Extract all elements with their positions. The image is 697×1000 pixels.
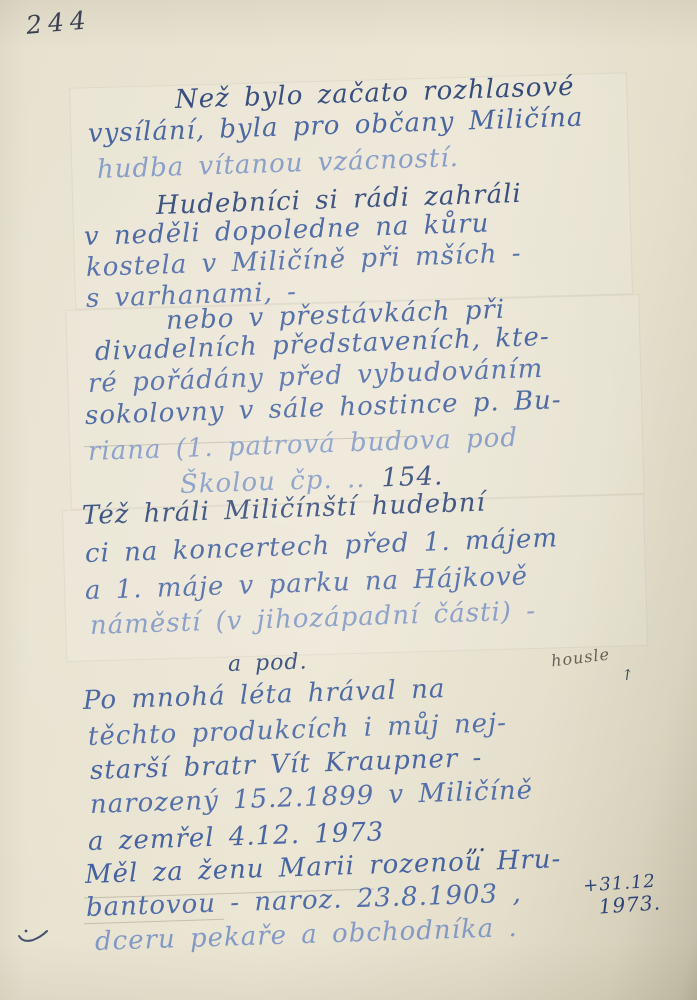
inline-annotation-housle: housle bbox=[550, 644, 611, 670]
insertion-arrow-icon: ↑ bbox=[620, 665, 635, 685]
manuscript-page: 244 Než bylo začato rozhlasové vysílání,… bbox=[0, 0, 697, 1000]
manuscript-line: hudba vítanou vzácností. bbox=[97, 143, 460, 185]
ditto-mark: „. bbox=[466, 829, 486, 857]
death-date-superscript: +31.12 1973. bbox=[583, 871, 662, 918]
manuscript-line: Po mnohá léta hrával na bbox=[83, 674, 446, 716]
page-number: 244 bbox=[25, 5, 93, 40]
manuscript-line: riana (1. patrová budova pod bbox=[88, 423, 519, 467]
superscript-year: 1973. bbox=[598, 891, 662, 917]
manuscript-line: a pod. bbox=[228, 649, 308, 677]
manuscript-line: Též hráli Miličínští hudební bbox=[82, 488, 487, 531]
margin-mark-icon bbox=[16, 924, 50, 946]
